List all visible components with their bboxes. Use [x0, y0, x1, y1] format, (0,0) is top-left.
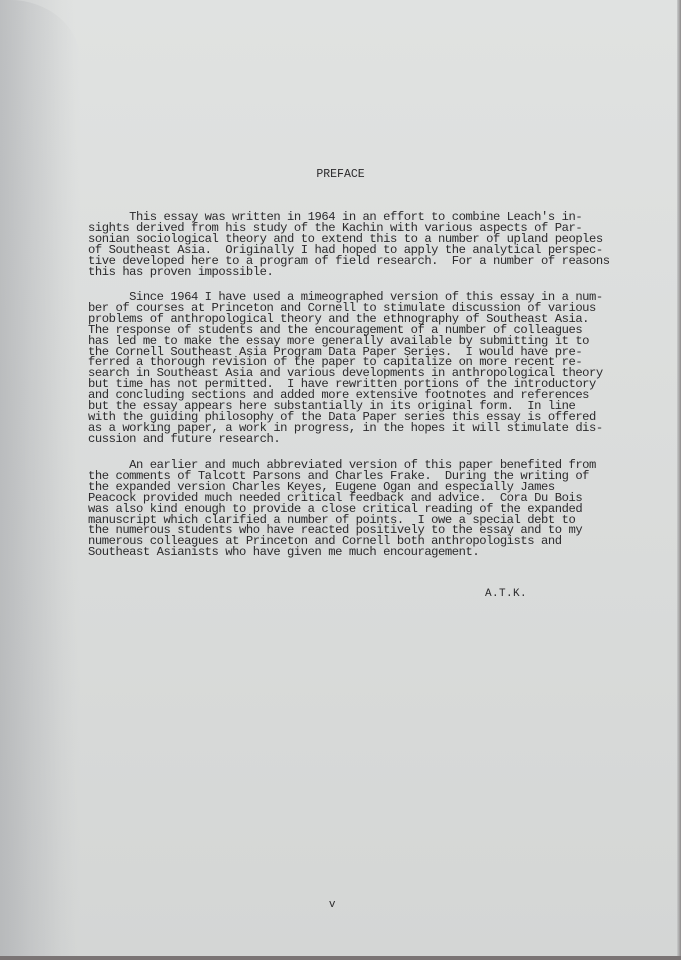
text-line: Southeast Asianists who have given me mu…	[88, 547, 598, 558]
text-line: this has proven impossible.	[88, 267, 598, 278]
author-signature: A.T.K.	[485, 589, 527, 600]
page-right-edge	[677, 0, 681, 960]
page-bottom-edge	[0, 956, 681, 960]
text-line: cussion and future research.	[88, 434, 598, 445]
paragraph-2: Since 1964 I have used a mimeographed ve…	[88, 292, 598, 445]
paragraph-3: An earlier and much abbreviated version …	[88, 460, 598, 558]
paragraph-1: This essay was written in 1964 in an eff…	[88, 212, 598, 277]
document-page: PREFACE This essay was written in 1964 i…	[0, 0, 681, 960]
page-number: v	[0, 900, 664, 911]
page-heading: PREFACE	[0, 168, 681, 181]
